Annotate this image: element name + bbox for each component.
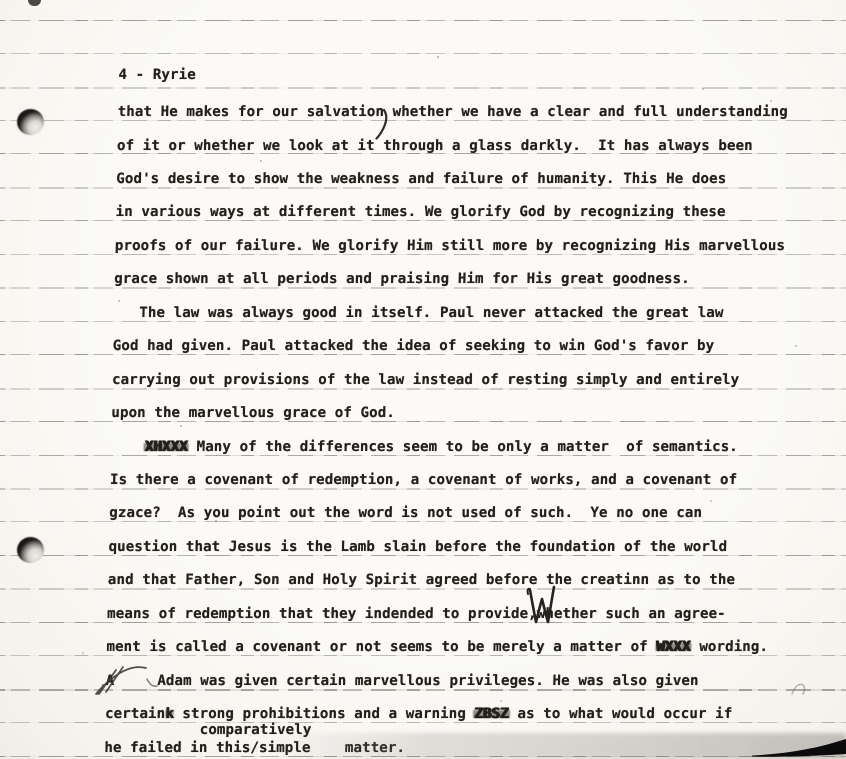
typewriter-strikeout-word: WXXX — [656, 639, 691, 655]
typewriter-strikeout-word: XHXXX — [145, 439, 188, 455]
typed-line-10: upon the marvellous grace of God. — [111, 405, 395, 421]
typed-line-5: proofs of our failure. We glorify Him st… — [115, 238, 785, 254]
typed-line-12: Is there a covenant of redemption, a cov… — [110, 472, 738, 488]
page-curl-shadow — [752, 731, 846, 759]
typed-line-6: grace shown at all periods and praising … — [114, 271, 690, 287]
typed-line-11: XHXXX Many of the differences seem to be… — [110, 439, 738, 455]
typed-line-4: in various ways at different times. We g… — [115, 204, 725, 220]
typewriter-strikeout-word: ZBSZ — [474, 706, 509, 722]
insertion-tick-icon — [145, 677, 159, 690]
typed-line-7: The law was always good in itself. Paul … — [113, 305, 723, 321]
typed-line-13: gzace? As you point out the word is not … — [109, 505, 702, 521]
line-segment: as to what would occur if — [509, 706, 733, 722]
page-header: 4 - Ryrie — [118, 67, 196, 83]
line-segment: Adam was given certain marvellous privil… — [114, 673, 699, 689]
typed-line-9: carrying out provisions of the law inste… — [112, 372, 740, 388]
scanned-typewritten-page: 4 - Ryrie that He makes for our salvatio… — [0, 0, 846, 759]
typed-line-17: ment is called a covenant or not seems t… — [106, 639, 768, 655]
typed-line-2: of it or whether we look at it through a… — [117, 138, 753, 154]
typed-line-3: God's desire to show the weakness and fa… — [116, 171, 726, 187]
typed-line-1: that He makes for our salvation whether … — [117, 104, 787, 120]
line-segment: certain — [105, 706, 165, 722]
typed-line-14: question that Jesus is the Lamb slain be… — [108, 539, 727, 555]
line-segment: strong prohibitions and a warning — [174, 706, 475, 722]
line-segment: ment is called a covenant or not seems t… — [106, 639, 656, 655]
typed-line-16: means of redemption that they indended t… — [107, 606, 726, 622]
handwritten-comma-icon — [375, 107, 391, 140]
typewriter-strikeout-char: k — [165, 706, 174, 722]
pen-scribble-icon — [94, 660, 150, 698]
typed-line-8: God had given. Paul attacked the idea of… — [113, 338, 715, 354]
typed-line-19: certaink strong prohibitions and a warni… — [105, 706, 733, 722]
typed-line-18: A Adam was given certain marvellous priv… — [106, 673, 699, 689]
typed-line-15: and that Father, Son and Holy Spirit agr… — [108, 572, 736, 588]
line-segment: Many of the differences seem to be only … — [188, 439, 738, 455]
pencil-mark-icon — [790, 681, 808, 698]
line-indent — [110, 439, 145, 455]
typed-text-layer: 4 - Ryrie that He makes for our salvatio… — [0, 0, 846, 759]
handwritten-w-icon — [526, 584, 556, 626]
line-segment: wording. — [691, 639, 769, 655]
